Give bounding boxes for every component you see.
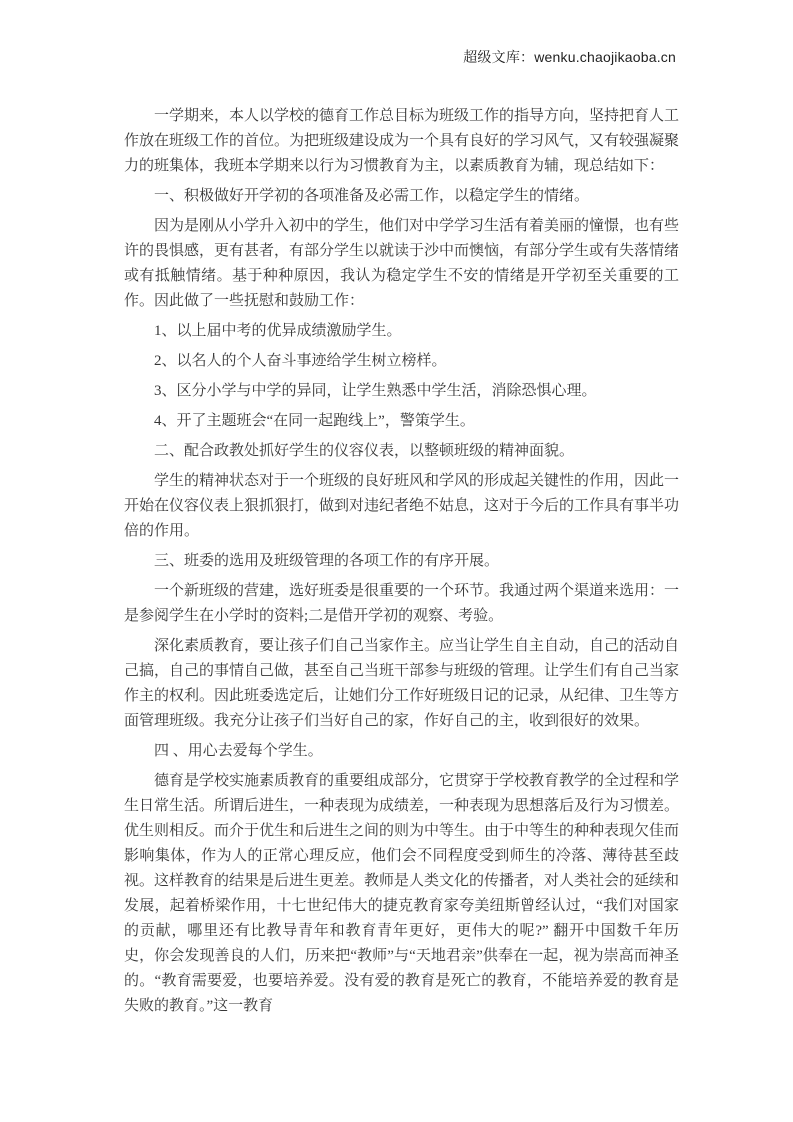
list-item-2: 2、以名人的个人奋斗事迹给学生树立榜样。 [124, 349, 679, 374]
section-1-paragraph: 因为是刚从小学升入初中的学生，他们对中学学习生活有着美丽的憧憬，也有些许的畏惧感… [124, 214, 679, 314]
list-item-3: 3、区分小学与中学的异同，让学生熟悉中学生活，消除恐惧心理。 [124, 379, 679, 404]
section-3-paragraph-1: 一个新班级的营建，选好班委是很重要的一个环节。我通过两个渠道来选用：一是参阅学生… [124, 579, 679, 629]
section-2-paragraph: 学生的精神状态对于一个班级的良好班风和学风的形成起关键性的作用，因此一开始在仪容… [124, 469, 679, 544]
site-watermark: 超级文库：wenku.chaojikaoba.cn [0, 48, 676, 66]
section-4-heading: 四 、用心去爱每个学生。 [124, 739, 679, 764]
section-2-heading: 二、配合政教处抓好学生的仪容仪表，以整顿班级的精神面貌。 [124, 439, 679, 464]
document-body: 一学期来，本人以学校的德育工作总目标为班级工作的指导方向，坚持把育人工作放在班级… [124, 104, 679, 1024]
section-1-heading: 一、积极做好开学初的各项准备及必需工作，以稳定学生的情绪。 [124, 184, 679, 209]
list-item-1: 1、以上届中考的优异成绩激励学生。 [124, 319, 679, 344]
section-3-paragraph-2: 深化素质教育，要让孩子们自己当家作主。应当让学生自主自动，自己的活动自己搞，自己… [124, 634, 679, 734]
section-3-heading: 三、班委的选用及班级管理的各项工作的有序开展。 [124, 549, 679, 574]
document-page: 超级文库：wenku.chaojikaoba.cn 一学期来，本人以学校的德育工… [0, 0, 793, 1122]
list-item-4: 4、开了主题班会“在同一起跑线上”，警策学生。 [124, 409, 679, 434]
intro-paragraph: 一学期来，本人以学校的德育工作总目标为班级工作的指导方向，坚持把育人工作放在班级… [124, 104, 679, 179]
section-4-paragraph: 德育是学校实施素质教育的重要组成部分，它贯穿于学校教育教学的全过程和学生日常生活… [124, 769, 679, 1019]
